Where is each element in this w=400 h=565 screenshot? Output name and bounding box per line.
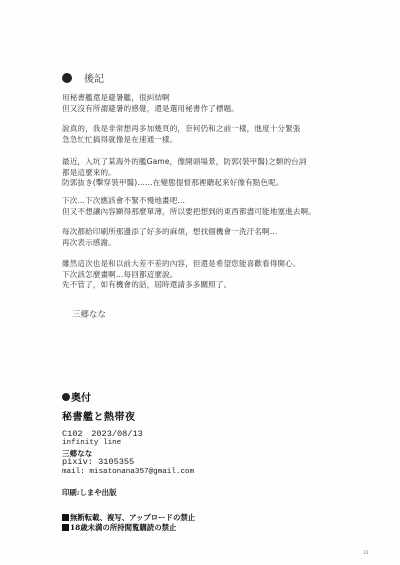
text-line: 先不管了，如有機會的話，屆時還請多多關照了。 bbox=[62, 280, 301, 291]
text-line: 但又不想讓內容顯得那麼單薄，所以要把想到的東西都盡可能地塞進去啊。 bbox=[62, 207, 316, 218]
afterword-paragraph-1: 用秘書艦還是避暑艦，很糾結啊 但又沒有所謂避暑的感覺，還是選用秘書作了標題。 bbox=[62, 93, 239, 114]
document-page: 後記 用秘書艦還是避暑艦，很糾結啊 但又沒有所謂避暑的感覺，還是選用秘書作了標題… bbox=[0, 0, 400, 565]
text-line: 說真的，我是非常想再多加幾頁的，奈何仍和之前一樣，進度十分緊張 bbox=[62, 124, 301, 135]
notice-item: 無断転載、複写、アップロードの禁止 bbox=[62, 513, 195, 523]
text-line: 最近，入坑了某海外的艦Game，像開頭場景，防郭(裝甲醫)之類的台詞 bbox=[62, 157, 307, 168]
afterword-heading: 後記 bbox=[62, 70, 104, 85]
page-number: 31 bbox=[363, 551, 369, 556]
notice-text: 18歳未満の所持閲覧購読の禁止 bbox=[70, 523, 176, 533]
afterword-paragraph-3: 最近，入坑了某海外的艦Game，像開頭場景，防郭(裝甲醫)之類的台詞 都是這麼來… bbox=[62, 157, 307, 189]
printer-info: 印刷:しまや出版 bbox=[62, 487, 116, 498]
publication-info: C102 2023/08/13 infinity line 三郷なな pixiv… bbox=[62, 430, 194, 477]
bullet-dot-icon bbox=[62, 73, 72, 83]
afterword-title: 後記 bbox=[84, 70, 104, 85]
text-line: 用秘書艦還是避暑艦，很糾結啊 bbox=[62, 93, 239, 104]
afterword-paragraph-6: 雖然這次也是和以前大差不差的內容，但還是希望您能喜歡看得開心。 下次該怎麼畫啊…… bbox=[62, 259, 301, 291]
text-line: 再次表示感謝。 bbox=[62, 238, 277, 249]
text-line: 急急忙忙搞得就像是在速通一樣。 bbox=[62, 135, 301, 146]
book-title: 秘書艦と熱帯夜 bbox=[62, 408, 136, 423]
black-square-icon bbox=[62, 514, 69, 521]
circle-name: infinity line bbox=[62, 439, 194, 448]
mail-address: mail: misatonana357@gmail.com bbox=[62, 468, 194, 477]
colophon-title: 奥付 bbox=[71, 389, 91, 404]
afterword-paragraph-2: 說真的，我是非常想再多加幾頁的，奈何仍和之前一樣，進度十分緊張 急急忙忙搞得就像… bbox=[62, 124, 301, 145]
author-signature: 三郷なな bbox=[72, 308, 106, 320]
afterword-paragraph-4: 下次…下次應該會不緊不慢地畫吧… 但又不想讓內容顯得那麼單薄，所以要把想到的東西… bbox=[62, 196, 316, 217]
notice-item: 18歳未満の所持閲覧購読の禁止 bbox=[62, 523, 195, 533]
colophon-heading: 奥付 bbox=[62, 389, 91, 404]
notice-text: 無断転載、複写、アップロードの禁止 bbox=[70, 513, 195, 523]
afterword-paragraph-5: 每次都給印刷所那邊添了好多的麻煩，想找個機會一洗汙名啊… 再次表示感謝。 bbox=[62, 227, 277, 248]
event-date: C102 2023/08/13 bbox=[62, 430, 194, 439]
text-line: 每次都給印刷所那邊添了好多的麻煩，想找個機會一洗汙名啊… bbox=[62, 227, 277, 238]
text-line: 都是這麼來的。 bbox=[62, 168, 307, 179]
notices-list: 無断転載、複写、アップロードの禁止 18歳未満の所持閲覧購読の禁止 bbox=[62, 513, 195, 532]
text-line: 雖然這次也是和以前大差不差的內容，但還是希望您能喜歡看得開心。 bbox=[62, 259, 301, 270]
text-line: 下次該怎麼畫啊…每回都這麼說。 bbox=[62, 270, 301, 281]
text-line: 但又沒有所謂避暑的感覺，還是選用秘書作了標題。 bbox=[62, 104, 239, 115]
text-line: 防郭抜き(擊穿裝甲醫)……在變態提督那裡聽起來好像有點色呢。 bbox=[62, 178, 307, 189]
bullet-dot-icon bbox=[62, 393, 70, 401]
text-line: 下次…下次應該會不緊不慢地畫吧… bbox=[62, 196, 316, 207]
black-square-icon bbox=[62, 524, 69, 531]
pixiv-id: pixiv: 3105355 bbox=[62, 458, 194, 467]
